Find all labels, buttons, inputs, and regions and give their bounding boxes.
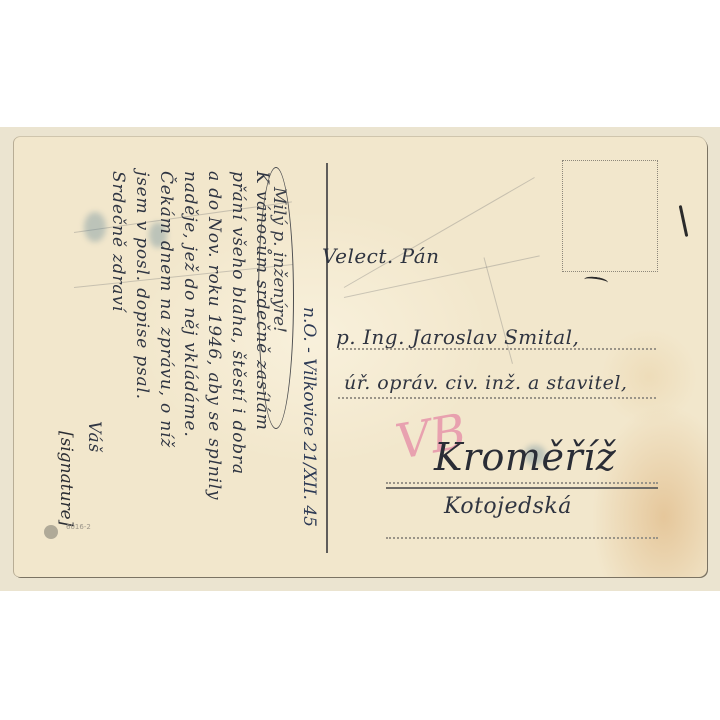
- ink-mark: [584, 275, 609, 286]
- publisher-code: 6016-2: [66, 523, 91, 531]
- address-name: p. Ing. Jaroslav Smital,: [336, 325, 579, 349]
- message-line: naděje, jež do něj vkládáme.: [180, 171, 200, 438]
- message-line: Čekám dnem na zprávu, o níž: [156, 171, 176, 448]
- greeting-text: Milý p. inženýre!: [269, 187, 289, 333]
- address-street: Kotojedská: [444, 494, 572, 519]
- address-dotted-line: [386, 482, 658, 484]
- postcard: K vánocům srdečně zasílám přání všeho bl…: [14, 137, 707, 577]
- message-line: přání všeho blaha, štěstí i dobra: [228, 171, 248, 475]
- message-line: a do Nov. roku 1946, aby se splnily: [204, 171, 224, 500]
- publisher-logo-icon: [44, 525, 58, 539]
- address-title: úř. opráv. civ. inž. a stavitel,: [344, 372, 627, 394]
- city-underline: [386, 487, 658, 489]
- signature: [signature]: [56, 431, 76, 526]
- message-line: Srdečně zdraví: [108, 171, 128, 312]
- address-dotted-line: [338, 348, 656, 350]
- address-dotted-line: [386, 537, 658, 539]
- message-line: jsem v posl. dopise psal.: [132, 171, 152, 400]
- message-line: Váš: [84, 421, 104, 453]
- ink-mark: [679, 205, 689, 237]
- address-city: Kroměříž: [434, 435, 616, 479]
- pencil-stroke: [344, 177, 535, 288]
- address-salutation: Velect. Pán: [322, 244, 440, 268]
- stamp-placeholder-box: [562, 160, 658, 272]
- place-date: n.O. - Vilkovice 21/XII. 45: [299, 307, 319, 527]
- address-dotted-line: [338, 397, 656, 399]
- center-divider-line: [326, 163, 328, 553]
